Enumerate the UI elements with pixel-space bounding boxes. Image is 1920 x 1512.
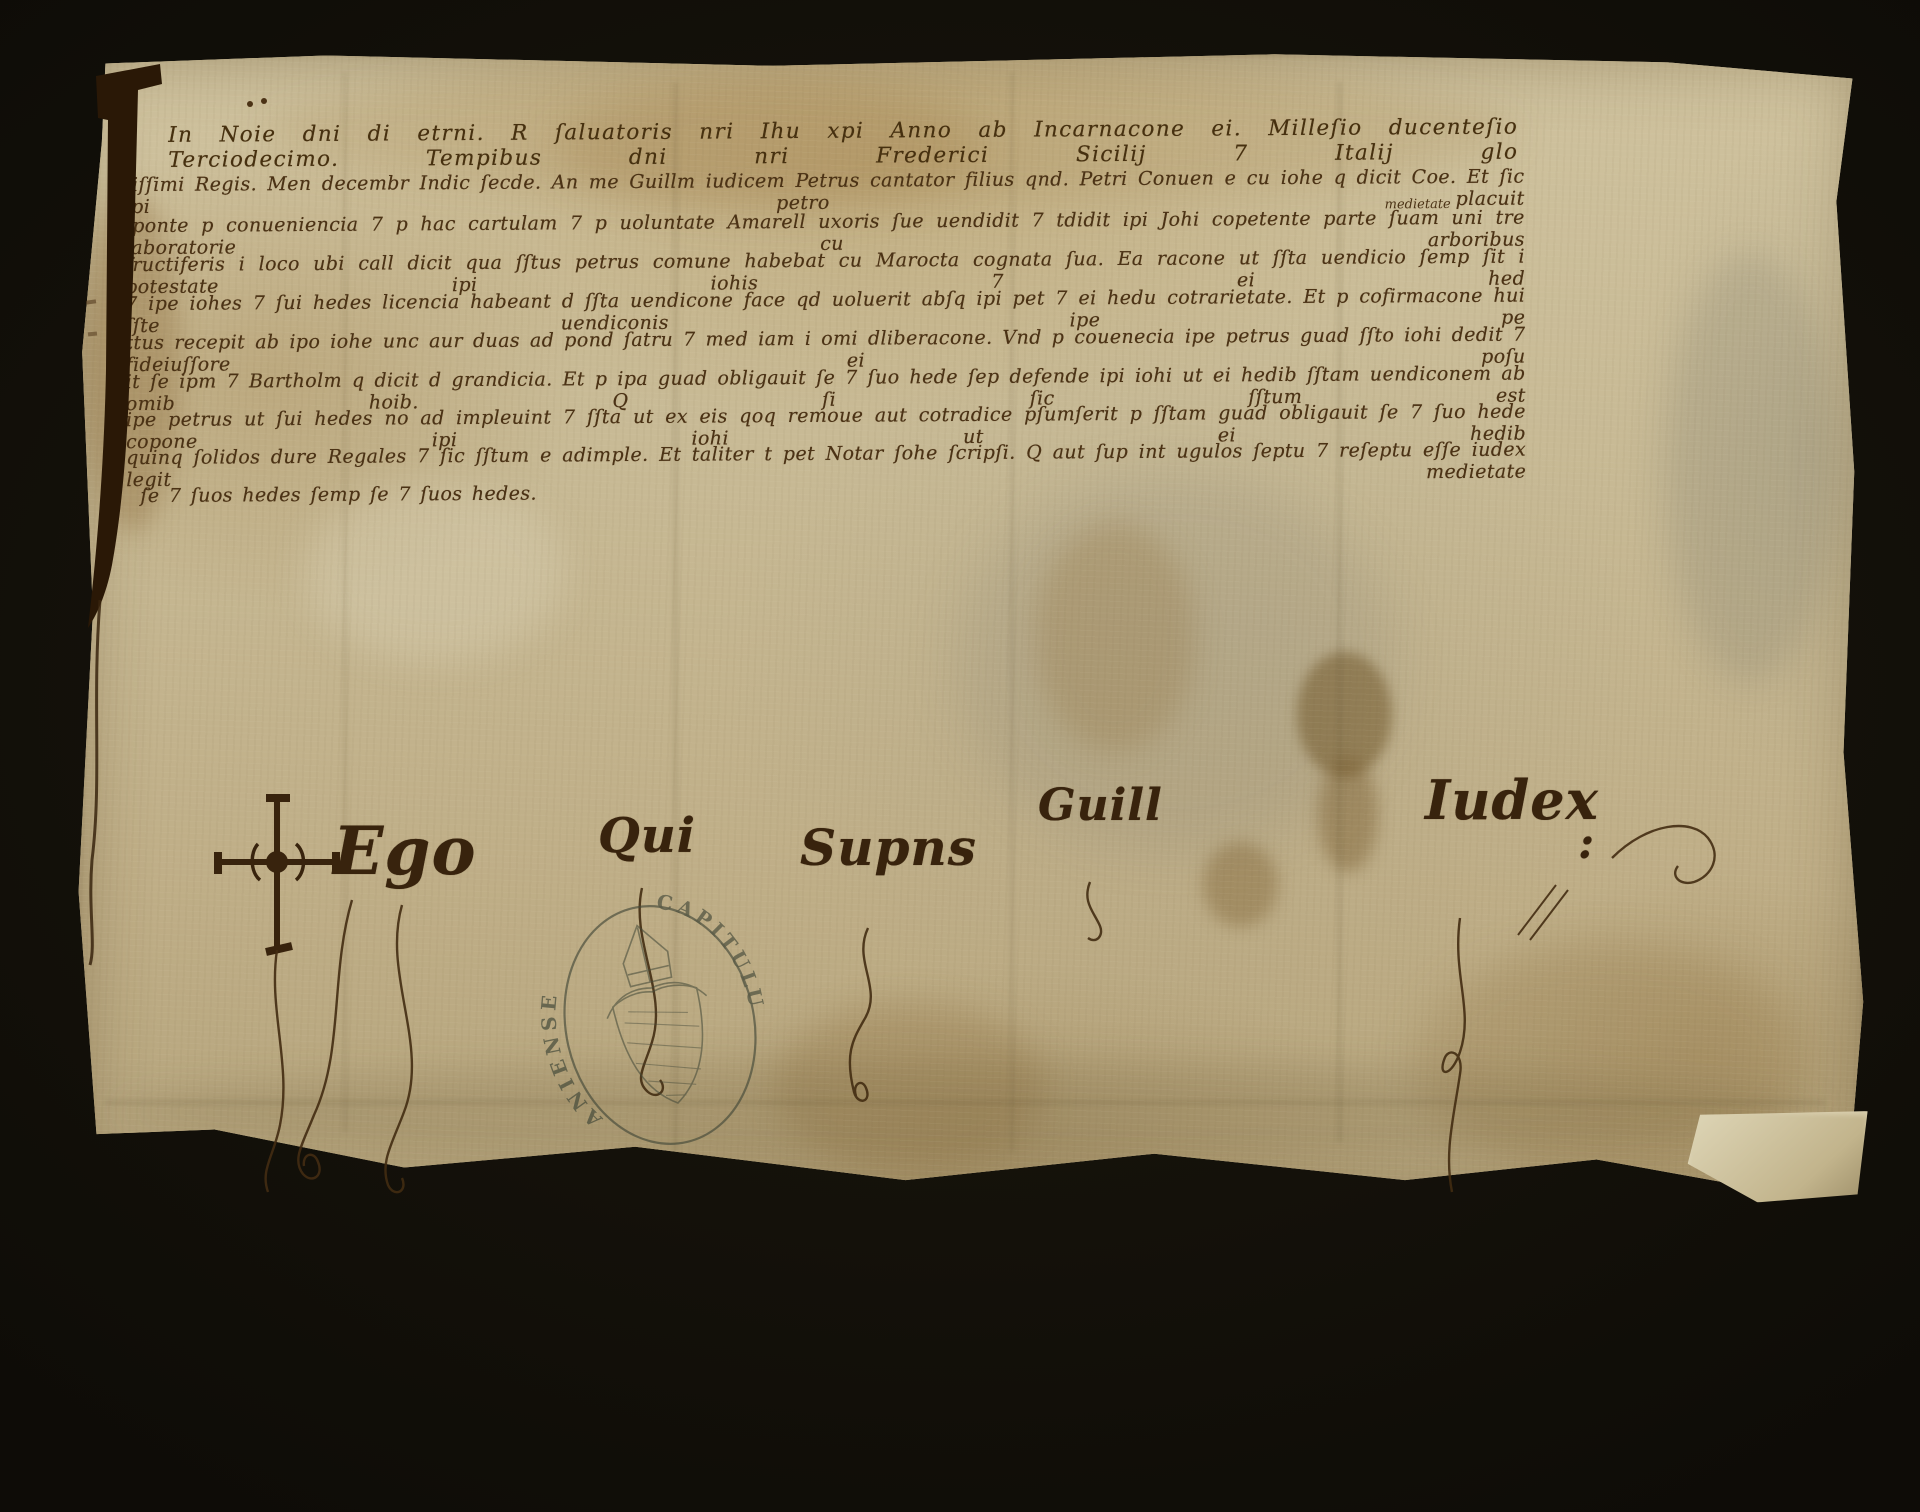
text-line-1: In Noie dni di etrni. R ſaluatoris nri I… — [168, 115, 1518, 173]
text-line-10: ſe 7 ſuos hedes ſemp ſe 7 ſuos hedes. — [140, 483, 537, 507]
signature-word-guill: Guill — [1038, 780, 1163, 831]
svg-text:CAPITULU: CAPITULU — [650, 871, 769, 1027]
signature-word-supra: Supns — [800, 818, 977, 877]
signature-word-ego: Ego — [333, 812, 476, 890]
interlinear-addition: medietate — [1385, 197, 1451, 212]
mitre-over-shield-icon — [588, 914, 728, 1114]
stamp-rim-text-right: CAPITULU — [650, 871, 769, 1027]
notarial-paraph: : — [1578, 818, 1594, 869]
photograph-of-charter: In Noie dni di etrni. R ſaluatoris nri I… — [0, 0, 1920, 1512]
charter-text: In Noie dni di etrni. R ſaluatoris nri I… — [0, 0, 1920, 1512]
signature-word-qui: Qui — [598, 808, 696, 864]
signature-word-iudex: Iudex — [1425, 768, 1599, 832]
